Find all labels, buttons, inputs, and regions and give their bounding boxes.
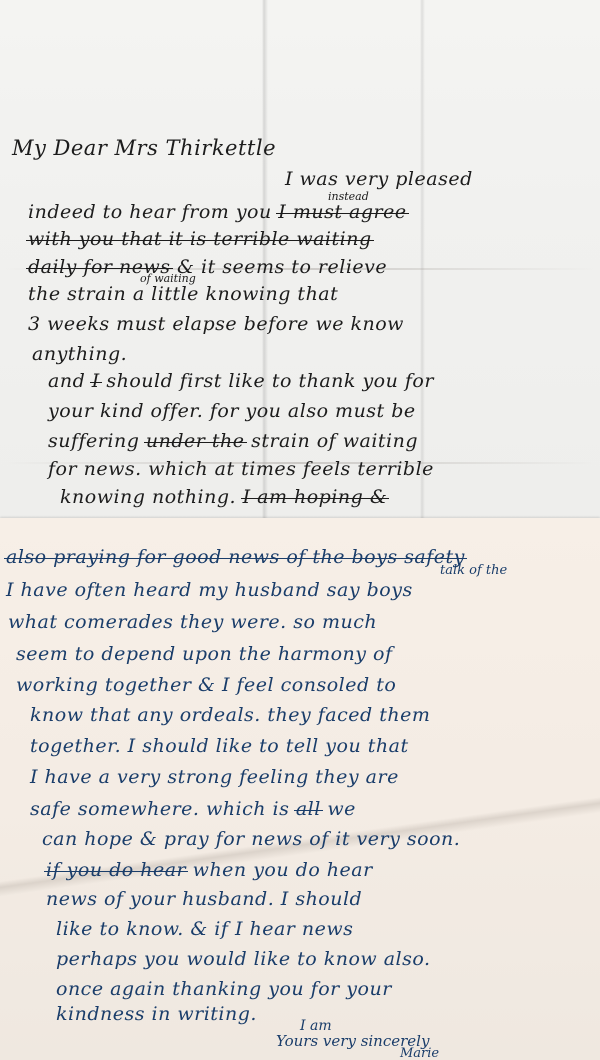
letter-line: indeed to hear from you I must agree [28, 203, 407, 222]
salutation: My Dear Mrs Thirkettle [12, 138, 276, 159]
letter-line: I was very pleased [285, 170, 473, 189]
letter-sheet-2: also praying for good news of the boys s… [0, 518, 600, 1060]
letter-line: 3 weeks must elapse before we know [28, 315, 404, 334]
letter-line: kindness in writing. [56, 1005, 257, 1024]
struck-text: under the [146, 430, 245, 452]
letter-line: the strain a little knowing that [28, 285, 338, 304]
letter-line: for news. which at times feels terrible [48, 460, 434, 479]
signature: Marie [400, 1046, 439, 1060]
struck-text: I must agree [278, 201, 406, 223]
letter-line: like to know. & if I hear news [56, 920, 353, 939]
struck-text: all [296, 798, 321, 820]
letter-line: know that any ordeals. they faced them [30, 706, 430, 725]
struck-text: I [92, 370, 100, 392]
letter-line: can hope & pray for news of it very soon… [42, 830, 460, 849]
letter-line: together. I should like to tell you that [30, 737, 409, 756]
letter-line: also praying for good news of the boys s… [6, 548, 465, 567]
letter-line: your kind offer. for you also must be [48, 402, 416, 421]
inserted-text: talk of the [440, 563, 507, 578]
letter-line: I have a very strong feeling they are [30, 768, 399, 787]
letter-line: daily for news & it seems to relieve [28, 258, 387, 277]
letter-line: perhaps you would like to know also. [56, 950, 431, 969]
letter-line: I have often heard my husband say boys [6, 581, 413, 600]
struck-text: also praying for good news of the boys s… [6, 546, 465, 568]
letter-line: once again thanking you for your [56, 980, 392, 999]
struck-text: with you that it is terrible waiting [28, 228, 372, 250]
inserted-text: of waiting [140, 272, 196, 285]
letter-line: with you that it is terrible waiting [28, 230, 372, 249]
letter-line: suffering under the strain of waiting [48, 432, 418, 451]
letter-line: news of your husband. I should [46, 890, 362, 909]
letter-line: working together & I feel consoled to [16, 676, 396, 695]
letter-line: seem to depend upon the harmony of [16, 645, 393, 664]
letter-line: if you do hear when you do hear [46, 861, 373, 880]
letter-line: safe somewhere. which is all we [30, 800, 356, 819]
letter-line: and I should first like to thank you for [48, 372, 434, 391]
inserted-text: instead [328, 190, 369, 203]
struck-text: I am hoping & [243, 486, 388, 508]
struck-text: if you do hear [46, 859, 186, 881]
letter-line: knowing nothing. I am hoping & [60, 488, 387, 507]
letter-sheet-1: My Dear Mrs Thirkettle I was very please… [0, 0, 600, 521]
handwritten-letter: My Dear Mrs Thirkettle I was very please… [0, 0, 600, 1060]
letter-line: what comerades they were. so much [8, 613, 377, 632]
letter-line: anything. [32, 345, 127, 364]
